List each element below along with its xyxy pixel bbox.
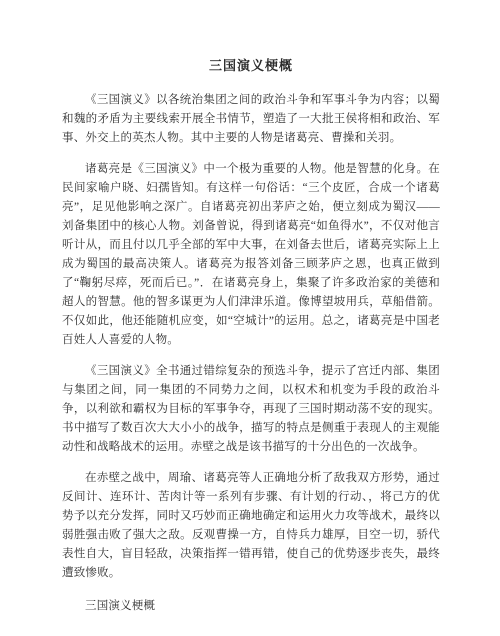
closing-title-line: 三国演义梗概 <box>62 597 440 616</box>
document-title: 三国演义梗概 <box>62 56 440 75</box>
document-page: 三国演义梗概 《三国演义》以各统治集团之间的政治斗争和军事斗争为内容；以蜀和魏的… <box>0 0 500 636</box>
chibi-battle-paragraph: 在赤壁之战中，周瑜、诸葛亮等人正确地分析了敌我双方形势，通过反间计、连环计、苦肉… <box>62 469 440 583</box>
overview-paragraph: 《三国演义》全书通过错综复杂的预选斗争，提示了宫迁内部、集团与集团之间，同一集团… <box>62 362 440 457</box>
intro-paragraph: 《三国演义》以各统治集团之间的政治斗争和军事斗争为内容；以蜀和魏的矛盾为主要线索… <box>62 91 440 148</box>
zhugeliang-paragraph: 诸葛亮是《三国演义》中一个极为重要的人物。他是智慧的化身。在民间家喻户晓、妇孺皆… <box>62 160 440 350</box>
